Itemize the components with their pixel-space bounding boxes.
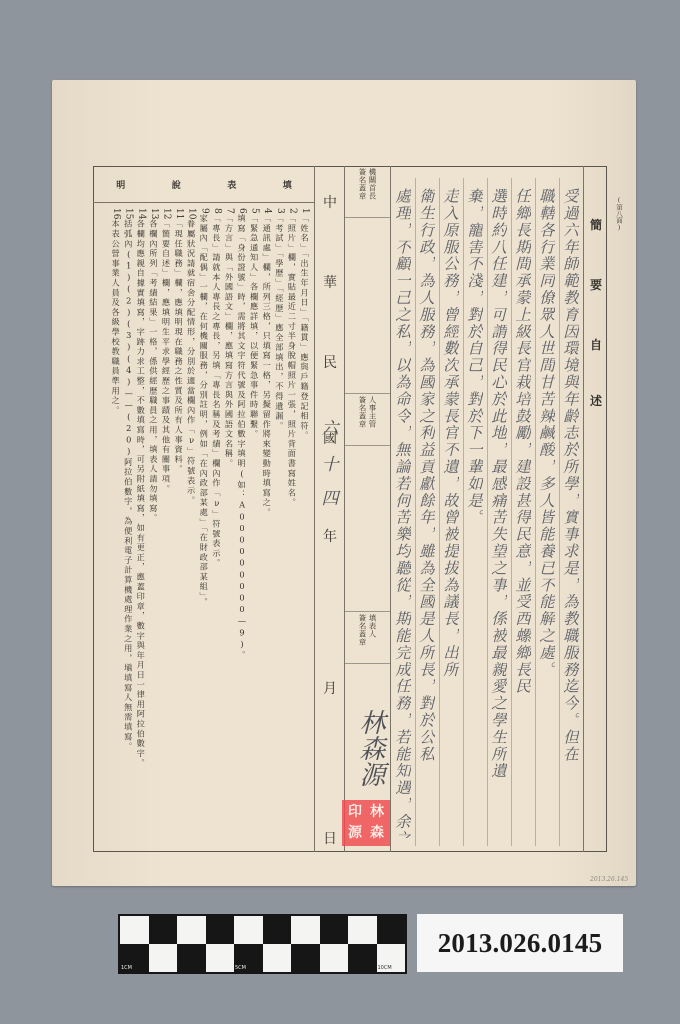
scale-cell [149,944,178,972]
signature-label: 填表人 [368,614,377,654]
instruction-number: 12 [161,208,171,219]
instruction-item: 14各欄均應親自據實填寫，字跡力求工整，不數填寫時，可另附紙填寫，如有更正，應蓋… [135,208,148,844]
instructions-header: 填 表 說 明 [93,166,315,203]
instruction-item: 7「方言」與「外國語文」欄，應填寫方言與外國語文名稱。 [223,208,236,844]
instructions-panel: 填 表 說 明 1「姓名」「出生年月日」「籍貫」應與戶籍登記相符。2「照片」欄，… [93,166,315,852]
scale-cell [234,916,263,944]
seal-char: 林 [367,803,387,822]
instruction-text: 「現任職務」欄，應填明現在職務之性質及所有人事資料。 [174,219,184,474]
day-label: 日 [315,828,345,848]
ruled-line [535,178,536,846]
instructions-list: 1「姓名」「出生年月日」「籍貫」應與戶籍登記相符。2「照片」欄，實貼最近二寸半身… [99,208,311,844]
instruction-item: 4「通訊處」欄，所列三格，只填寫一格，另擬留作將來變動時填寫之。 [261,208,274,844]
seal-char: 印 [345,803,365,822]
instruction-text: 「照片」欄，實貼最近二寸半身脫帽照片一張，照片背面書寫姓名。 [287,214,297,508]
instruction-number: 11 [174,208,184,219]
instruction-text: 「緊急通知人」各欄應詳填，以便緊急事件時聯繫。 [250,214,260,439]
scale-cell [263,944,292,972]
scale-cell [291,944,320,972]
scale-cell [149,916,178,944]
ruled-line [439,178,440,846]
instruction-item: 9家屬內「配偶」一欄，在何機關服務，分別註明，例如「在內政部某處」「在財政部某組… [198,208,211,844]
handwritten-line: 衛生行政，為人服務，為國家之利益貢獻餘年，雖為全國是人所長，對於公私 [417,188,435,838]
pencil-catalog-note: 2013.26.145 [590,876,628,883]
signature-label: 簽名蓋章 [358,396,367,436]
date-column: 中 華 民 國 六 十 四 年 月 日 [315,166,345,852]
instruction-item: 8「專長」請就本人專長之專長，另填「專長名稱及考績」欄內作「ν」符號表示。 [210,208,223,844]
instructions-header-char: 填 [283,178,292,191]
year-digit: 十 [315,450,345,475]
scale-cell [291,916,320,944]
instruction-item: 3「考試」「學歷」「經歷」應全部填出，不得遺漏。 [273,208,286,844]
instruction-item: 1「姓名」「出生年月日」「籍貫」應與戶籍登記相符。 [298,208,311,844]
date-era-char: 華 [315,272,345,292]
signature-label: 簽名蓋章 [358,168,367,208]
signature-label: 人事主管 [368,396,377,436]
form-title-column: 簡 要 自 述 [583,166,607,852]
instruction-item: 11「現任職務」欄，應填明現在職務之性質及所有人事資料。 [172,208,185,844]
scale-cell [348,916,377,944]
head-signature-field [345,218,390,394]
handwritten-line: 任鄉長期間承蒙上級長官栽培鼓勵，建設甚得民意，並受西螺鄉長民 [513,188,531,838]
seal-char: 森 [367,824,387,843]
date-era-char: 民 [315,352,345,372]
scale-cell [263,916,292,944]
scale-cell [348,944,377,972]
date-era-char: 中 [315,192,345,212]
scale-label: 1CM [121,965,132,971]
ruled-line [559,178,560,846]
handwritten-signature: 林森源 [350,688,388,808]
handwritten-line: 選時約八任建，可謂得民心於此地，最感痛苦失望之事，係被最親愛之學生所遺 [489,188,507,838]
instruction-text: 括弧內(1)(2)(3)(4)——(20)阿拉伯數字，為便利電子計算機處理作業之… [124,219,134,751]
instructions-header-char: 明 [116,178,125,191]
title-char: 自 [584,336,608,353]
applicant-signature-label-box: 填表人 簽名蓋章 [345,612,390,664]
signature-label: 簽名蓋章 [358,614,367,654]
instruction-text: 「姓名」「出生年月日」「籍貫」應與戶籍登記相符。 [300,214,310,441]
scale-label: 5CM [235,965,246,971]
instruction-item: 13各欄內所列「考績結果」一格，係供經歷職員之用，填表人請勿填寫。 [147,208,160,844]
hr-signature-field [345,446,390,612]
month-label: 月 [315,678,345,698]
instruction-item: 5「緊急通知人」各欄應詳填，以便緊急事件時聯繫。 [248,208,261,844]
scale-cell: 1CM [120,944,149,972]
year-digit: 六 [315,414,345,439]
seal-char: 源 [345,824,365,843]
instruction-text: 各欄內所列「考績結果」一格，係供經歷職員之用，填表人請勿填寫。 [149,219,159,523]
instructions-header-char: 表 [227,178,236,191]
handwritten-line: 走入原服公務，曾經數次承蒙長官不遺，故曾被提拔為議長，出所 [441,188,459,838]
instruction-item: 16本表公營事業人員及各級學校教職員準用之。 [110,208,123,844]
ruled-line [463,178,464,846]
red-name-seal: 印 林 源 森 [342,800,390,846]
scale-cell [377,916,406,944]
scale-cell [206,944,235,972]
instruction-number: 14 [136,208,146,219]
title-char: 述 [584,392,608,409]
handwritten-line: 棄，寵害不淺，對於自己，對於下一輩如是。 [465,188,483,838]
instruction-text: 「考試」「學歷」「經歷」應全部填出，不得遺漏。 [275,214,285,431]
instruction-text: 「專長」請就本人專長之專長，另填「專長名稱及考績」欄內作「ν」符號表示。 [212,214,222,569]
instruction-text: 本表公營事業人員及各級學校教職員準用之。 [111,219,121,415]
instructions-header-char: 說 [172,178,181,191]
scale-cell [320,916,349,944]
instruction-item: 6填寫「身份證號」時，需將其文字符代號及阿拉伯數字填明(如：A000000000… [235,208,248,844]
instruction-number: 16 [111,208,121,219]
instruction-text: 「簡要自述」欄，應填明生平求學經歷之事蹟及其他有關事項。 [161,219,171,493]
scale-cell [177,916,206,944]
year-label: 年 [315,526,345,546]
scale-cell [206,916,235,944]
instruction-text: 眷屬狀況請就宿舍分配情形，分別於適當欄內作「ν」符號表示。 [187,219,197,505]
hr-signature-label-box: 人事主管 簽名蓋章 [345,394,390,446]
accession-number-label: 2013.026.0145 [417,914,623,972]
instruction-number: 13 [149,208,159,219]
instruction-text: 填寫「身份證號」時，需將其文字符代號及阿拉伯數字填明(如：A000000000—… [237,214,247,661]
instruction-text: 「方言」與「外國語文」欄，應填寫方言與外國語文名稱。 [224,214,234,469]
scale-label: 10CM [378,965,392,971]
title-char: 要 [584,276,608,293]
instruction-item: 10眷屬狀況請就宿舍分配情形，分別於適當欄內作「ν」符號表示。 [185,208,198,844]
scale-cell: 10CM [377,944,406,972]
handwritten-line: 處理，不顧一己之私，以為命令，無論若何苦樂均聽從，期能完成任務，若能知遇，余之願… [393,188,411,838]
title-char: 簡 [584,216,608,233]
instruction-text: 各欄均應親自據實填寫，字跡力求工整，不數填寫時，可另附紙填寫，如有更正，應蓋印章… [136,219,146,768]
form-page-label: (第八面) [609,196,623,232]
instruction-text: 家屬內「配偶」一欄，在何機關服務，分別註明，例如「在內政部某處」「在財政部某組」… [199,214,209,608]
instruction-number: 10 [187,208,197,219]
instruction-item: 2「照片」欄，實貼最近二寸半身脫帽照片一張，照片背面書寫姓名。 [286,208,299,844]
handwritten-autobiography: 受過六年師範教育因環境與年齡志於所學，實事求是，為教職服務迄今。但在職轄各行業同… [391,166,583,852]
scale-cell [120,916,149,944]
ruled-line [487,178,488,846]
instruction-item: 12「簡要自述」欄，應填明生平求學經歷之事蹟及其他有關事項。 [160,208,173,844]
handwritten-line: 職轄各行業同僚眾人世間甘苦辣鹹酸，多人皆能養已不能解之處。 [537,188,555,838]
head-signature-label-box: 機關首長 簽名蓋章 [345,166,390,218]
handwritten-line: 受過六年師範教育因環境與年齡志於所學，實事求是，為教職服務迄今。但在 [561,188,579,838]
signature-label: 機關首長 [368,168,377,208]
year-digit: 四 [315,484,345,509]
instruction-text: 「通訊處」欄，所列三格，只填寫一格，另擬留作將來變動時填寫之。 [262,214,272,518]
scale-cell [177,944,206,972]
ruled-line [511,178,512,846]
color-scale-bar: 1CM5CM10CM [118,914,407,974]
scale-cell [320,944,349,972]
instruction-item: 15括弧內(1)(2)(3)(4)——(20)阿拉伯數字，為便利電子計算機處理作… [122,208,135,844]
instruction-number: 15 [124,208,134,219]
scale-cell: 5CM [234,944,263,972]
ruled-line [415,178,416,846]
